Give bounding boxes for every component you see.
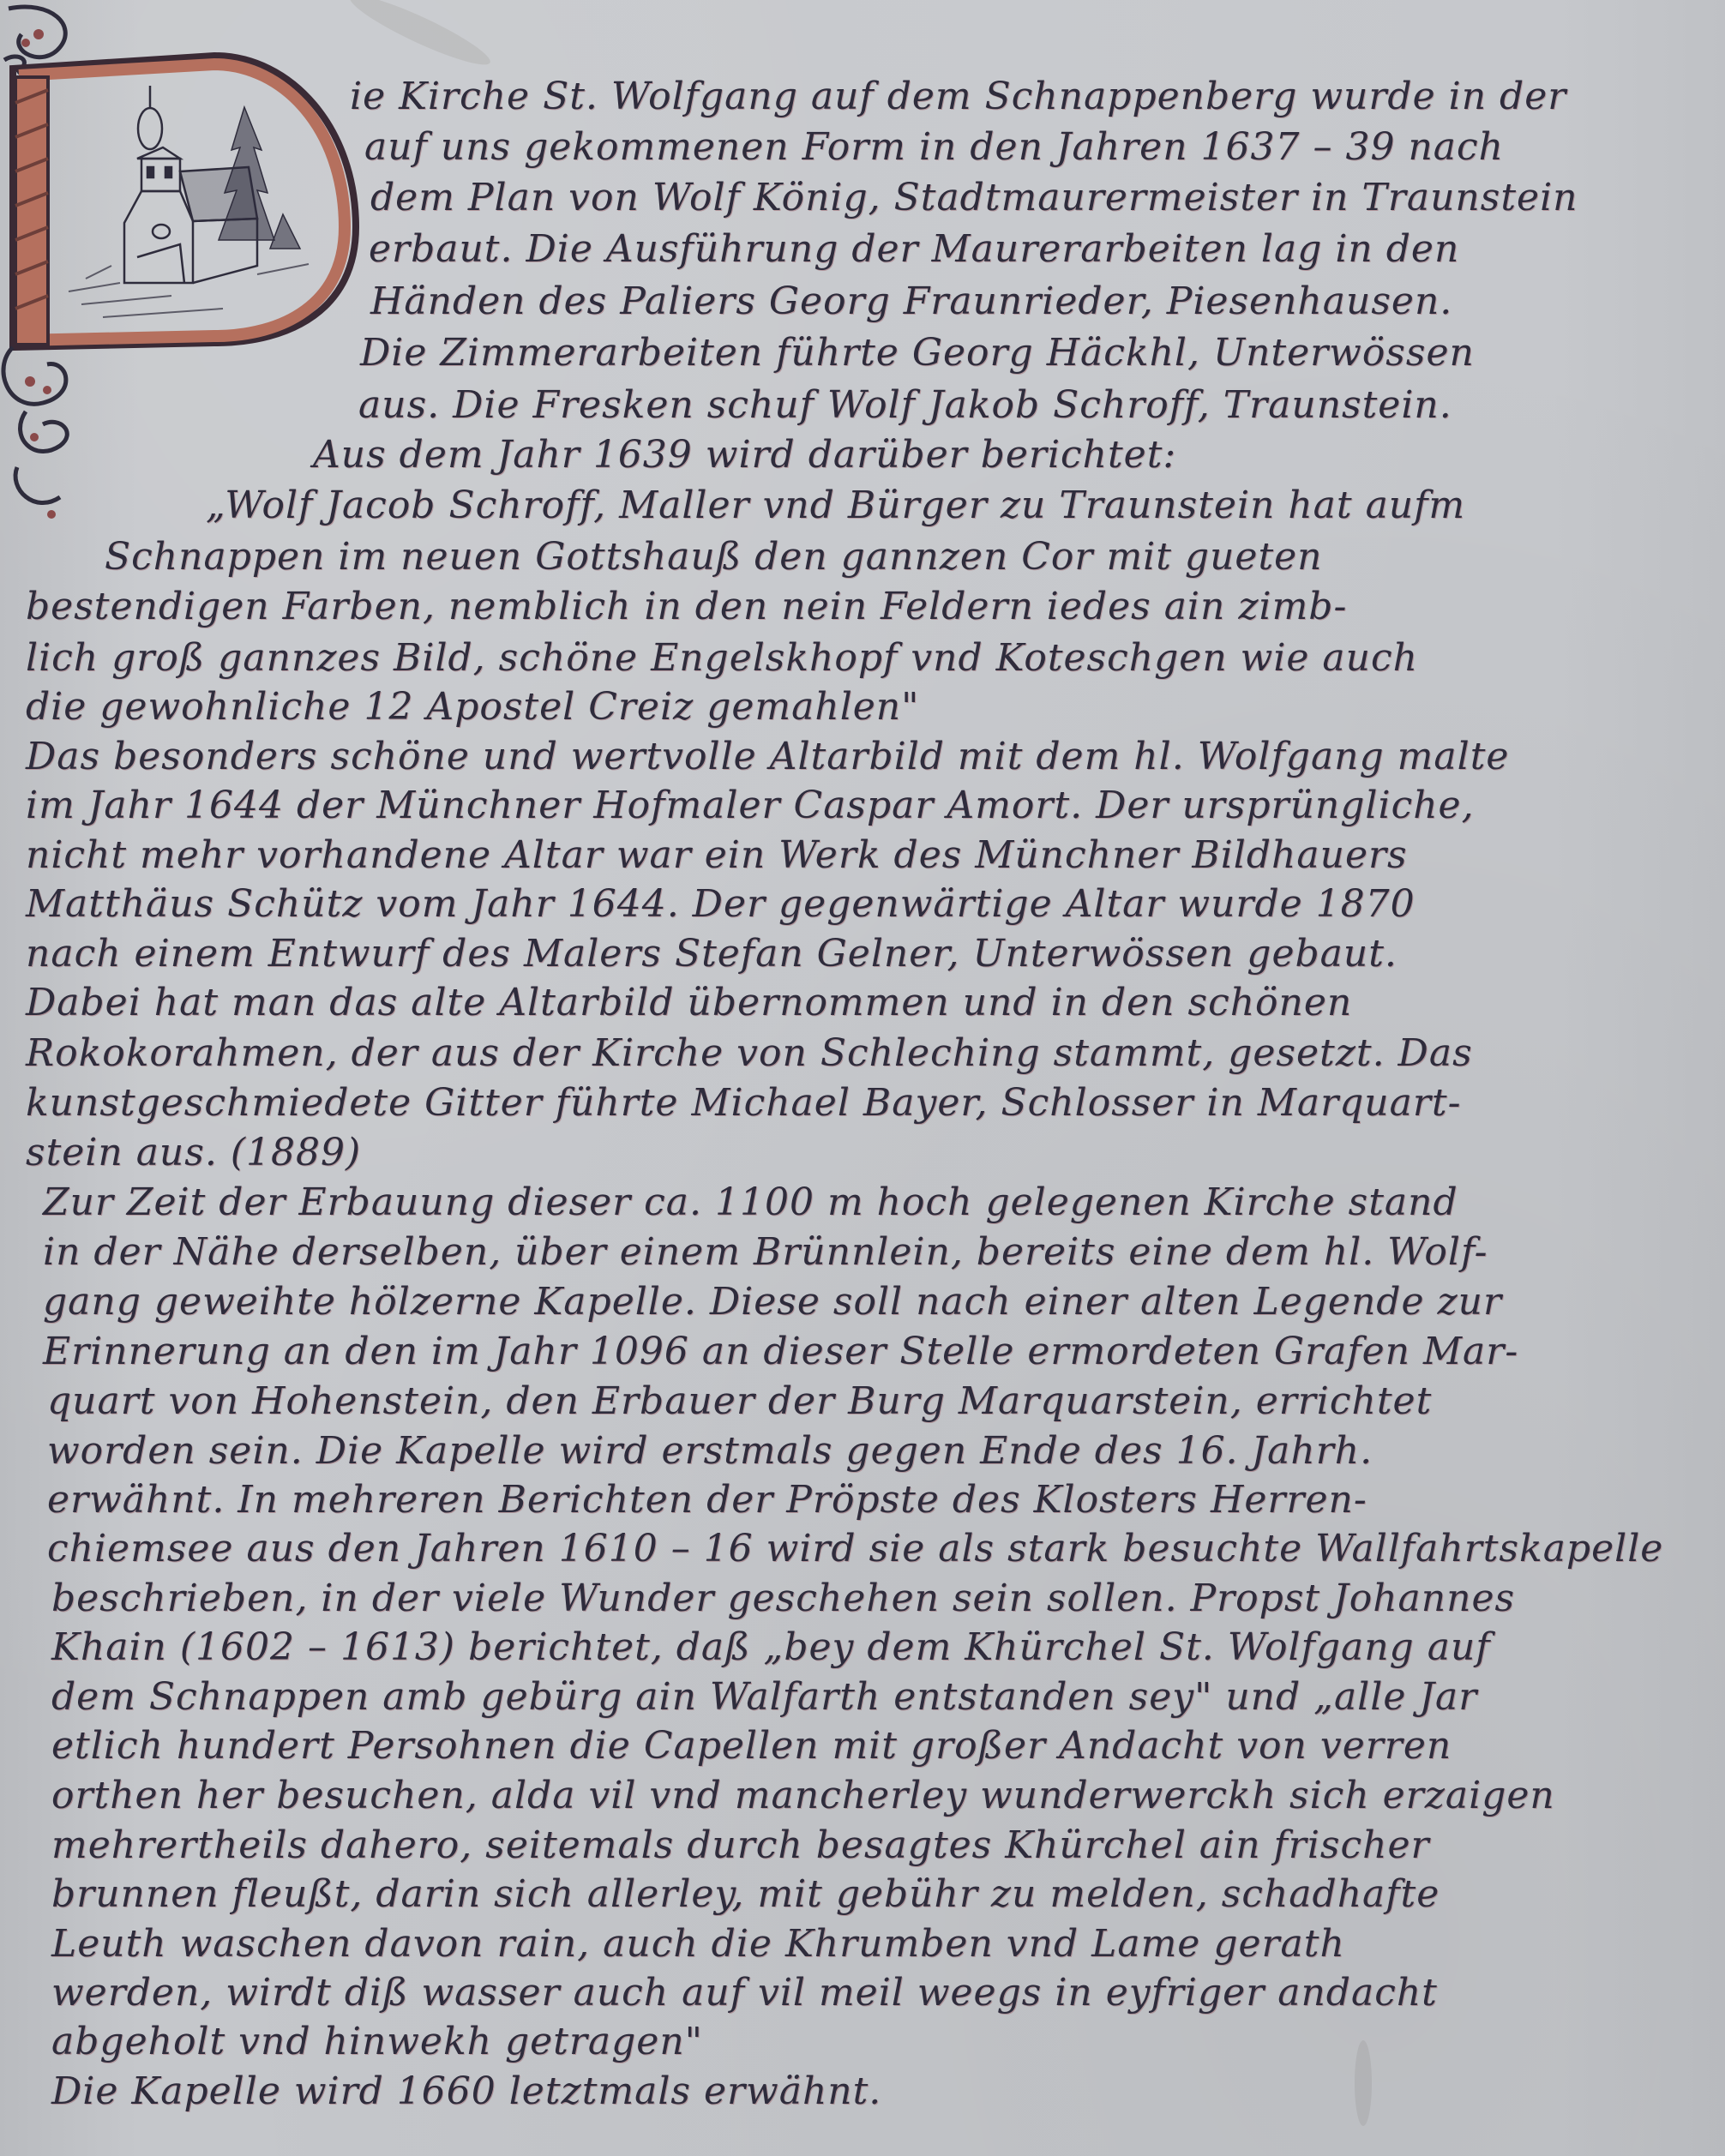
text-line: bestendigen Farben, nemblich in den nein… xyxy=(26,586,1347,628)
text-line: Händen des Paliers Georg Fraunrieder, Pi… xyxy=(370,280,1452,323)
text-line: lich groß gannzes Bild, schöne Engelskho… xyxy=(26,637,1418,680)
text-line: Khain (1602 – 1613) berichtet, daß „bey … xyxy=(51,1626,1491,1669)
text-line: abgeholt vnd hinwekh getragen" xyxy=(51,2021,703,2063)
text-line: quart von Hohenstein, den Erbauer der Bu… xyxy=(47,1380,1432,1423)
text-line: in der Nähe derselben, über einem Brünnl… xyxy=(43,1231,1488,1274)
text-line: nach einem Entwurf des Malers Stefan Gel… xyxy=(26,933,1397,976)
text-line: Das besonders schöne und wertvolle Altar… xyxy=(26,736,1509,778)
text-line: Leuth waschen davon rain, auch die Khrum… xyxy=(51,1923,1345,1966)
text-line: beschrieben, in der viele Wunder gescheh… xyxy=(51,1577,1515,1620)
text-line: ie Kirche St. Wolfgang auf dem Schnappen… xyxy=(350,75,1566,118)
text-line: dem Schnappen amb gebürg ain Walfarth en… xyxy=(51,1676,1477,1719)
text-line: erbaut. Die Ausführung der Maurerarbeite… xyxy=(369,228,1459,271)
text-line: worden sein. Die Kapelle wird erstmals g… xyxy=(47,1430,1373,1473)
text-line: werden, wirdt diß wasser auch auf vil me… xyxy=(51,1972,1438,2015)
text-line: chiemsee aus den Jahren 1610 – 16 wird s… xyxy=(47,1528,1663,1570)
scroll-ornament-icon xyxy=(3,347,67,503)
text-line: Erinnerung an den im Jahr 1096 an dieser… xyxy=(43,1330,1518,1373)
text-line: Die Zimmerarbeiten führte Georg Häckhl, … xyxy=(360,332,1475,375)
text-line: auf uns gekommenen Form in den Jahren 16… xyxy=(364,126,1504,169)
text-line: brunnen fleußt, darin sich allerley, mit… xyxy=(51,1873,1440,1916)
text-line: nicht mehr vorhandene Altar war ein Werk… xyxy=(26,834,1408,877)
text-line: die gewohnliche 12 Apostel Creiz gemahle… xyxy=(26,686,919,729)
text-line: etlich hundert Persohnen die Capellen mi… xyxy=(51,1725,1452,1768)
text-line: kunstgeschmiedete Gitter führte Michael … xyxy=(26,1082,1461,1125)
text-line: Rokokorahmen, der aus der Kirche von Sch… xyxy=(26,1032,1473,1075)
text-line: Matthäus Schütz vom Jahr 1644. Der gegen… xyxy=(26,883,1415,926)
text-line: Die Kapelle wird 1660 letztmals erwähnt. xyxy=(51,2070,881,2113)
text-line: gang geweihte hölzerne Kapelle. Diese so… xyxy=(43,1281,1502,1324)
text-line: Zur Zeit der Erbauung dieser ca. 1100 m … xyxy=(43,1181,1458,1224)
text-line: erwähnt. In mehreren Berichten der Pröps… xyxy=(47,1479,1367,1522)
text-line: Dabei hat man das alte Altarbild übernom… xyxy=(26,982,1352,1024)
memorial-plaque: ie Kirche St. Wolfgang auf dem Schnappen… xyxy=(0,0,1725,2156)
text-line: mehrertheils dahero, seitemals durch bes… xyxy=(51,1824,1430,1867)
text-line: orthen her besuchen, alda vil vnd manche… xyxy=(51,1775,1555,1817)
text-line: Schnappen im neuen Gottshauß den gannzen… xyxy=(105,536,1323,579)
text-line: aus. Die Fresken schuf Wolf Jakob Schrof… xyxy=(358,384,1452,427)
text-line: Aus dem Jahr 1639 wird darüber berichtet… xyxy=(313,434,1176,477)
fir-tree-icon xyxy=(219,107,300,249)
text-line: „Wolf Jacob Schroff, Maller vnd Bürger z… xyxy=(206,484,1465,527)
text-line: dem Plan von Wolf König, Stadtmaurermeis… xyxy=(370,177,1578,219)
text-line: im Jahr 1644 der Münchner Hofmaler Caspa… xyxy=(26,784,1475,827)
text-line: stein aus. (1889) xyxy=(26,1132,361,1174)
stain-mark xyxy=(1355,2040,1372,2126)
